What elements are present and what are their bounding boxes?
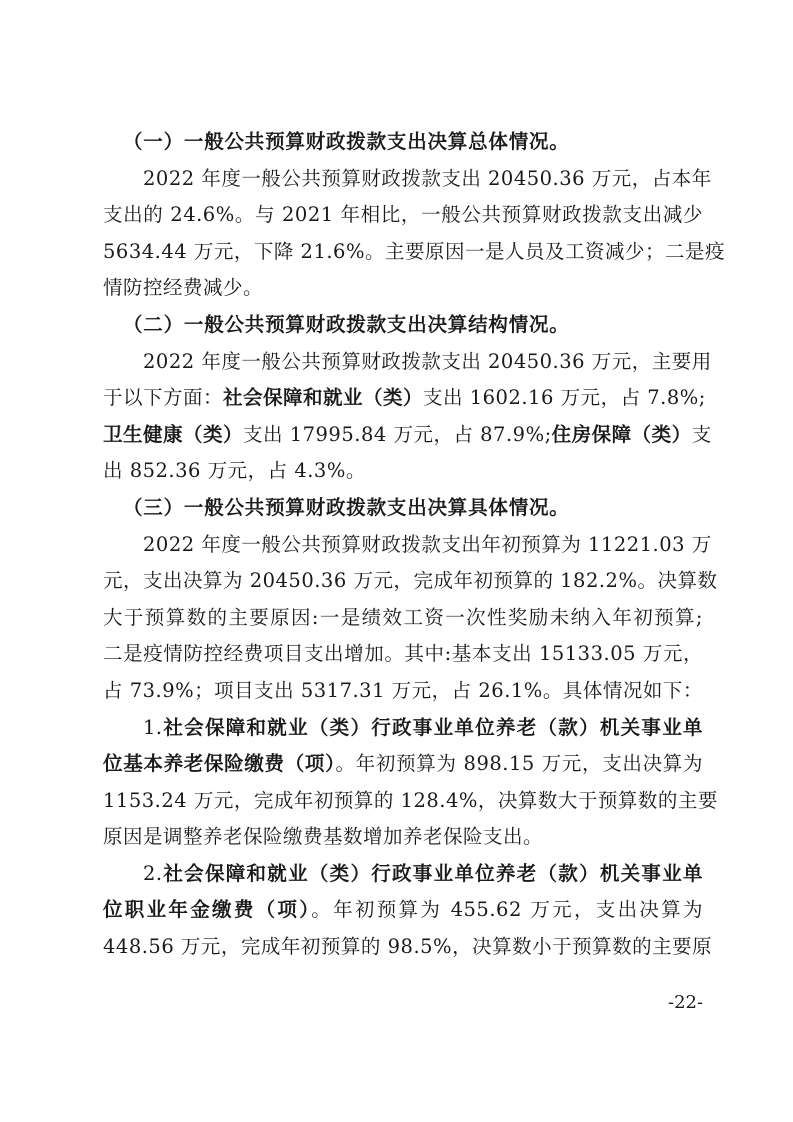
paragraph-line: 于以下方面：社会保障和就业（类）支出 1602.16 万元，占 7.8%; (103, 380, 703, 417)
page-number: -22- (668, 992, 703, 1013)
document-page: （一）一般公共预算财政拨款支出决算总体情况。 2022 年度一般公共预算财政拨款… (103, 124, 703, 966)
paragraph-line: 情防控经费减少。 (103, 270, 703, 307)
list-item-2-line: 2.社会保障和就业（类）行政事业单位养老（款）机关事业单 (103, 856, 703, 893)
item-title: 位职业年金缴费（项） (103, 898, 311, 921)
paragraph-line: 1153.24 万元，完成年初预算的 128.4%，决算数大于预算数的主要 (103, 783, 703, 820)
paragraph-line: 5634.44 万元，下降 21.6%。主要原因一是人员及工资减少；二是疫 (103, 234, 703, 271)
text: 于以下方面： (103, 386, 223, 409)
paragraph-line: 出 852.36 万元，占 4.3%。 (103, 453, 703, 490)
text: 。年初预算为 898.15 万元，支出决算为 (336, 752, 703, 775)
category-housing: 住房保障（类） (552, 423, 692, 446)
paragraph-line: 卫生健康（类）支出 17995.84 万元，占 87.9%;住房保障（类）支 (103, 417, 703, 454)
paragraph-line: 元，支出决算为 20450.36 万元，完成年初预算的 182.2%。决算数 (103, 563, 703, 600)
paragraph-line: 2022 年度一般公共预算财政拨款支出 20450.36 万元，主要用 (103, 344, 703, 381)
paragraph-line: 二是疫情防控经费项目支出增加。其中:基本支出 15133.05 万元， (103, 636, 703, 673)
paragraph-line: 2022 年度一般公共预算财政拨款支出年初预算为 11221.03 万 (103, 527, 703, 564)
paragraph-line: 位基本养老保险缴费（项）。年初预算为 898.15 万元，支出决算为 (103, 746, 703, 783)
category-social-security: 社会保障和就业（类） (223, 386, 423, 409)
paragraph-line: 原因是调整养老保险缴费基数增加养老保险支出。 (103, 819, 703, 856)
paragraph-line: 448.56 万元，完成年初预算的 98.5%，决算数小于预算数的主要原 (103, 929, 703, 966)
item-title: 社会保障和就业（类）行政事业单位养老（款）机关事业单 (163, 862, 703, 885)
paragraph-line: 位职业年金缴费（项）。年初预算为 455.62 万元，支出决算为 (103, 892, 703, 929)
paragraph-line: 占 73.9%；项目支出 5317.31 万元，占 26.1%。具体情况如下： (103, 673, 703, 710)
category-health: 卫生健康（类） (103, 423, 243, 446)
list-number: 2. (143, 862, 163, 885)
section-heading-3: （三）一般公共预算财政拨款支出决算具体情况。 (103, 490, 703, 527)
list-number: 1. (143, 716, 163, 739)
section-heading-1: （一）一般公共预算财政拨款支出决算总体情况。 (103, 124, 703, 161)
text: 支出 1602.16 万元，占 7.8%; (423, 386, 706, 409)
text: 。年初预算为 455.62 万元，支出决算为 (311, 898, 703, 921)
paragraph-line: 支出的 24.6%。与 2021 年相比，一般公共预算财政拨款支出减少 (103, 197, 703, 234)
list-item-1-line: 1.社会保障和就业（类）行政事业单位养老（款）机关事业单 (103, 710, 703, 747)
paragraph-line: 大于预算数的主要原因:一是绩效工资一次性奖励未纳入年初预算; (103, 600, 703, 637)
item-title: 位基本养老保险缴费（项） (103, 752, 336, 775)
section-heading-2: （二）一般公共预算财政拨款支出决算结构情况。 (103, 307, 703, 344)
item-title: 社会保障和就业（类）行政事业单位养老（款）机关事业单 (163, 716, 703, 739)
paragraph-line: 2022 年度一般公共预算财政拨款支出 20450.36 万元，占本年 (103, 161, 703, 198)
text: 支 (692, 423, 712, 446)
text: 支出 17995.84 万元，占 87.9%; (243, 423, 552, 446)
